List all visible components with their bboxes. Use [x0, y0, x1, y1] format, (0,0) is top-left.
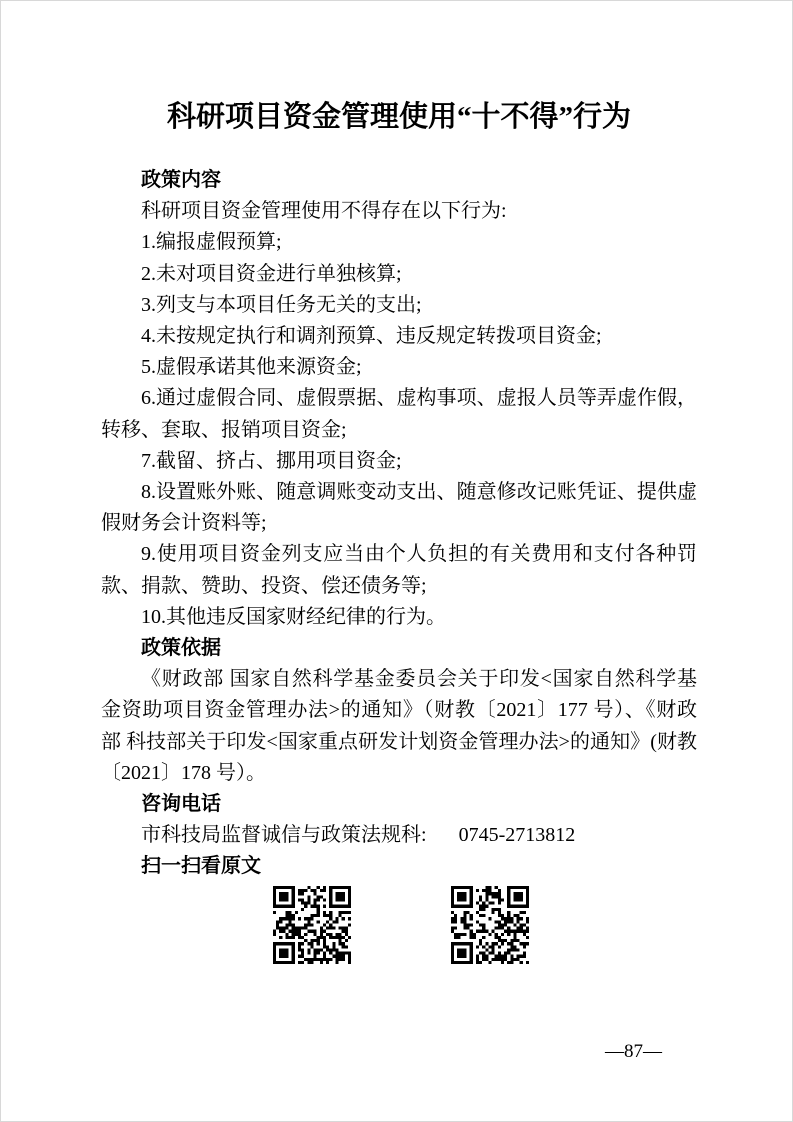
contact-department: 市科技局监督诚信与政策法规科:	[141, 824, 427, 846]
section-policy-content: 政策内容 科研项目资金管理使用不得存在以下行为: 1.编报虚假预算;2.未对项目…	[101, 165, 697, 633]
section-policy-basis: 政策依据 《财政部 国家自然科学基金委员会关于印发<国家自然科学基金资助项目资金…	[101, 633, 697, 789]
policy-content-items: 1.编报虚假预算;2.未对项目资金进行单独核算;3.列支与本项目任务无关的支出;…	[101, 227, 697, 633]
policy-content-heading: 政策内容	[101, 165, 697, 196]
policy-item: 10.其他违反国家财经纪律的行为。	[101, 602, 697, 633]
contact-heading: 咨询电话	[101, 789, 697, 820]
document-page: 科研项目资金管理使用“十不得”行为 政策内容 科研项目资金管理使用不得存在以下行…	[0, 0, 793, 1122]
policy-basis-heading: 政策依据	[101, 633, 697, 664]
contact-line: 市科技局监督诚信与政策法规科:0745-2713812	[101, 820, 697, 851]
section-scan: 扫一扫看原文	[101, 851, 697, 963]
policy-item: 4.未按规定执行和调剂预算、违反规定转拨项目资金;	[101, 321, 697, 352]
policy-item: 7.截留、挤占、挪用项目资金;	[101, 446, 697, 477]
policy-item: 3.列支与本项目任务无关的支出;	[101, 290, 697, 321]
policy-item: 5.虚假承诺其他来源资金;	[101, 352, 697, 383]
policy-item: 6.通过虚假合同、虚假票据、虚构事项、虚报人员等弄虚作假，转移、套取、报销项目资…	[101, 383, 697, 445]
scan-heading: 扫一扫看原文	[101, 851, 697, 882]
page-title: 科研项目资金管理使用“十不得”行为	[101, 97, 697, 137]
policy-item: 9.使用项目资金列支应当由个人负担的有关费用和支付各种罚款、捐款、赞助、投资、偿…	[101, 539, 697, 601]
section-contact: 咨询电话 市科技局监督诚信与政策法规科:0745-2713812	[101, 789, 697, 851]
qr-code-icon	[273, 886, 351, 964]
policy-content-intro: 科研项目资金管理使用不得存在以下行为:	[101, 196, 697, 227]
policy-item: 8.设置账外账、随意调账变动支出、随意修改记账凭证、提供虚假财务会计资料等;	[101, 477, 697, 539]
contact-phone: 0745-2713812	[459, 824, 576, 846]
policy-item: 2.未对项目资金进行单独核算;	[101, 259, 697, 290]
policy-basis-paragraph: 《财政部 国家自然科学基金委员会关于印发<国家自然科学基金资助项目资金管理办法>…	[101, 664, 697, 789]
page-number: —87—	[605, 1041, 662, 1063]
qr-code-icon	[451, 886, 529, 964]
qr-code-row	[101, 886, 697, 964]
document-content: 科研项目资金管理使用“十不得”行为 政策内容 科研项目资金管理使用不得存在以下行…	[101, 97, 697, 964]
policy-item: 1.编报虚假预算;	[101, 227, 697, 258]
